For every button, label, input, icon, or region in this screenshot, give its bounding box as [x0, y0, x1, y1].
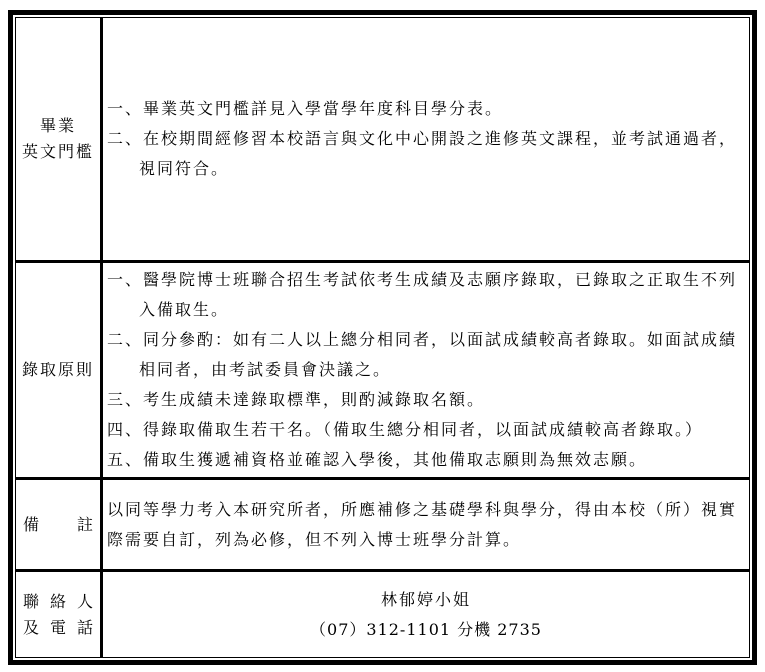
row-header-label: 錄取原則: [22, 357, 94, 383]
content-item: 二、在校期間經修習本校語言與文化中心開設之進修英文課程，並考試通過者，視同符合。: [107, 124, 745, 184]
content-item: 以同等學力考入本研究所者，所應補修之基礎學科與學分，得由本校（所）視實際需要自訂…: [107, 495, 745, 555]
content-item: 四、得錄取備取生若干名。（備取生總分相同者，以面試成績較高者錄取。）: [107, 415, 745, 445]
row-header-label: 畢業: [40, 113, 76, 139]
admission-info-table: 畢業 英文門檻 一、畢業英文門檻詳見入學當學年度科目學分表。 二、在校期間經修習…: [15, 17, 750, 658]
content-item: 五、備取生獲遞補資格並確認入學後，其他備取志願則為無效志願。: [107, 445, 745, 475]
row-header-cell: 畢業 英文門檻: [16, 18, 103, 260]
row-header-label: 及電話: [23, 615, 93, 641]
table-row-graduation-english-threshold: 畢業 英文門檻 一、畢業英文門檻詳見入學當學年度科目學分表。 二、在校期間經修習…: [16, 18, 749, 263]
table-outer-border: 畢業 英文門檻 一、畢業英文門檻詳見入學當學年度科目學分表。 二、在校期間經修習…: [8, 10, 757, 665]
row-header-label: 聯絡人: [23, 589, 93, 615]
content-item: 一、畢業英文門檻詳見入學當學年度科目學分表。: [107, 94, 745, 124]
row-header-cell: 聯絡人 及電話: [16, 572, 103, 657]
content-item: 一、醫學院博士班聯合招生考試依考生成績及志願序錄取，已錄取之正取生不列入備取生。: [107, 265, 745, 325]
row-content-cell: 一、醫學院博士班聯合招生考試依考生成績及志願序錄取，已錄取之正取生不列入備取生。…: [103, 263, 749, 477]
row-header-cell: 錄取原則: [16, 263, 103, 477]
content-item: 二、同分參酌：如有二人以上總分相同者，以面試成績較高者錄取。如面試成績相同者，由…: [107, 325, 745, 385]
row-header-label: 英文門檻: [22, 139, 94, 165]
contact-name: 林郁婷小姐: [107, 585, 745, 615]
row-header-cell: 備註: [16, 480, 103, 569]
row-header-label: 備註: [23, 512, 93, 538]
content-item: 三、考生成績未達錄取標準，則酌減錄取名額。: [107, 385, 745, 415]
row-content-cell: 以同等學力考入本研究所者，所應補修之基礎學科與學分，得由本校（所）視實際需要自訂…: [103, 480, 749, 569]
table-row-admission-principles: 錄取原則 一、醫學院博士班聯合招生考試依考生成績及志願序錄取，已錄取之正取生不列…: [16, 263, 749, 480]
document-page: 畢業 英文門檻 一、畢業英文門檻詳見入學當學年度科目學分表。 二、在校期間經修習…: [0, 0, 765, 672]
table-row-contact: 聯絡人 及電話 林郁婷小姐 （07）312-1101 分機 2735: [16, 572, 749, 657]
table-row-remarks: 備註 以同等學力考入本研究所者，所應補修之基礎學科與學分，得由本校（所）視實際需…: [16, 480, 749, 572]
contact-phone: （07）312-1101 分機 2735: [107, 615, 745, 645]
row-content-cell: 一、畢業英文門檻詳見入學當學年度科目學分表。 二、在校期間經修習本校語言與文化中…: [103, 18, 749, 260]
row-content-cell: 林郁婷小姐 （07）312-1101 分機 2735: [103, 572, 749, 657]
